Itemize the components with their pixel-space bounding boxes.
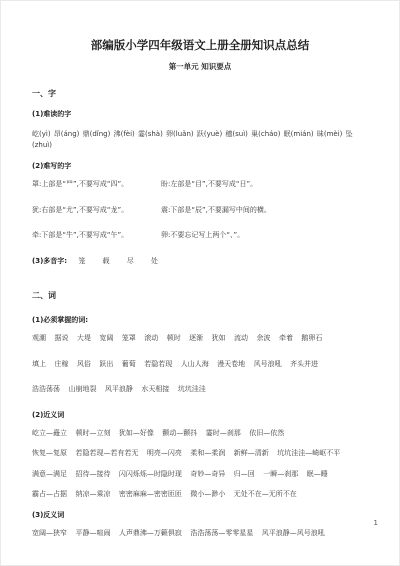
hard-write-note: 罩:上部是“罒”,不要写成“四”。 [32, 179, 161, 190]
hard-write-row: 罩:上部是“罒”,不要写成“四”。 盼:左部是“目”,不要写成“日”。 [32, 179, 368, 190]
page-title: 部编版小学四年级语文上册全册知识点总结 [32, 37, 368, 53]
synonym-row: 满意—满足 招待—接待 闪闪烁烁—时隐时现 奇妙—奇异 归—回 一瞬—刹那 眠—… [32, 469, 368, 480]
word-list-row: 填上 庄稼 风俗 跃出 葡萄 若隐若现 人山人海 漫天卷地 风号浪吼 齐头并进 [32, 359, 368, 370]
polyphonic-char: 载 [103, 256, 110, 267]
hard-read-content: 屹(yì) 昂(áng) 鼎(dǐng) 沸(fèi) 霎(shà) 卵(luǎ… [32, 129, 368, 150]
hard-write-note: 盼:左部是“目”,不要写成“日”。 [161, 179, 368, 190]
polyphonic-char: 笼 [78, 256, 85, 267]
word-list-row: 观潮 据说 大堤 宽阔 笼罩 滚动 顿时 逐渐 犹如 流动 余波 牵着 鹅卵石 [32, 333, 368, 344]
polyphonic-char: 尽 [127, 256, 134, 267]
synonym-row: 霸占—占据 纳凉—乘凉 密密麻麻—密密匝匝 微小—渺小 无处不在—无所不在 [32, 489, 368, 500]
hard-write-note: 犹:右部是“尤”,不要写成“龙”。 [32, 205, 161, 216]
must-master-label: (1)必须掌握的词: [32, 315, 368, 325]
hard-write-label: (2)难写的字 [32, 161, 368, 171]
page-number: 1 [374, 519, 378, 527]
page-subtitle: 第一单元 知识要点 [32, 62, 368, 73]
polyphonic-char: 处 [151, 256, 158, 267]
synonym-row: 屹立—矗立 顿时—立刻 犹如—好像 颤动—颤抖 霎时—刹那 依旧—依然 [32, 428, 368, 439]
polyphonic-line: (3)多音字: 笼 载 尽 处 [32, 256, 368, 267]
synonym-row: 恢复—复原 若隐若现—若有若无 明亮—闪亮 柔和—柔润 新鲜—清新 坑坑洼洼—崎… [32, 448, 368, 459]
hard-read-label: (1)难读的字 [32, 109, 368, 119]
hard-write-row: 犹:右部是“尤”,不要写成“龙”。 震:下部是“辰”,不要漏写中间的横。 [32, 205, 368, 216]
synonyms-label: (2)近义词 [32, 410, 368, 420]
hard-write-row: 牵:下部是“牛”,不要写成“午”。 卵:不要忘记写上两个“、”。 [32, 230, 368, 241]
word-list-row: 浩浩荡荡 山崩地裂 风平浪静 水天相接 坑坑洼洼 [32, 384, 368, 395]
hard-write-note: 牵:下部是“牛”,不要写成“午”。 [32, 230, 161, 241]
section-heading-characters: 一、字 [32, 88, 368, 100]
hard-write-note: 卵:不要忘记写上两个“、”。 [161, 230, 368, 241]
section-heading-words: 二、词 [32, 290, 368, 302]
antonym-row: 宽阔—狭窄 平静—喧闹 人声鼎沸—万籁俱寂 浩浩荡荡—零零星星 风平浪静—风号浪… [32, 528, 368, 539]
polyphonic-label: (3)多音字: [32, 257, 67, 265]
antonyms-label: (3)反义词 [32, 510, 368, 520]
document-page: 部编版小学四年级语文上册全册知识点总结 第一单元 知识要点 一、字 (1)难读的… [0, 0, 400, 566]
hard-write-note: 震:下部是“辰”,不要漏写中间的横。 [161, 205, 368, 216]
